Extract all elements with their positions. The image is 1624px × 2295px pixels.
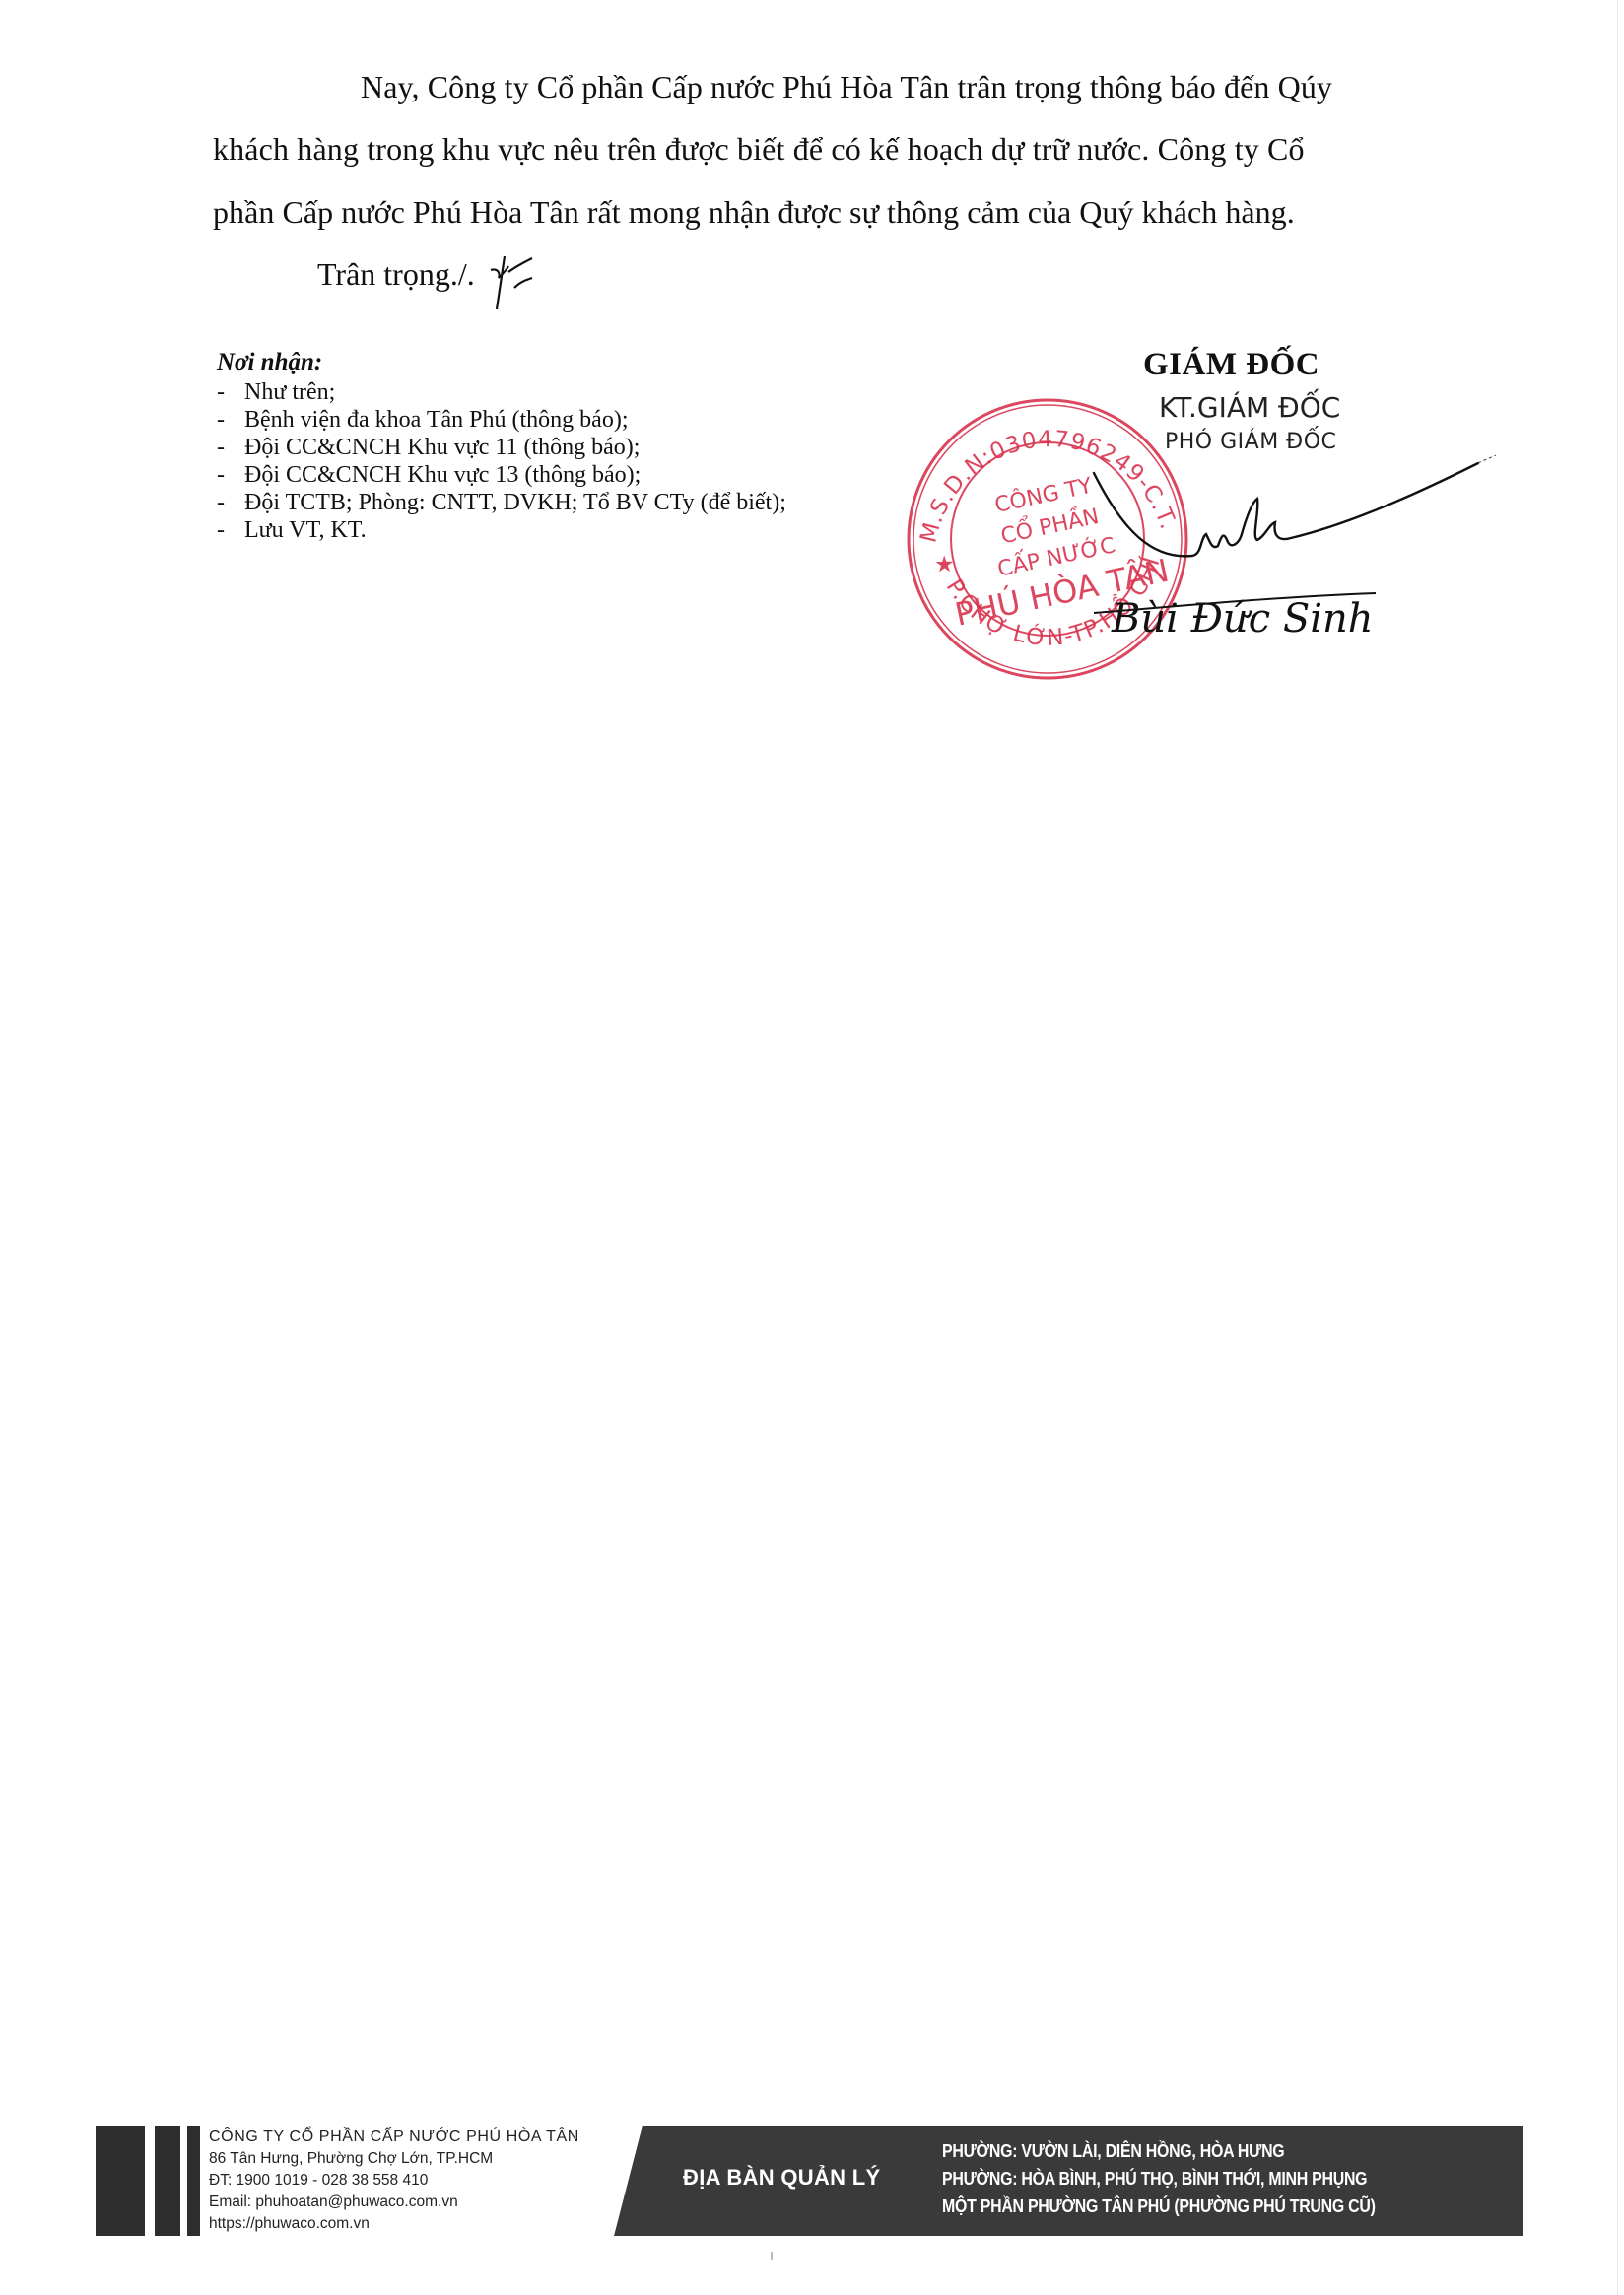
footer-logo-bar <box>187 2126 200 2236</box>
recipient-text: Như trên; <box>244 379 335 405</box>
recipients-title-colon: : <box>314 349 322 375</box>
recipients-title: Nơi nhận: <box>217 349 786 376</box>
recipients-list: -Như trên; -Bệnh viện đa khoa Tân Phú (t… <box>217 378 786 544</box>
scan-artifact <box>771 2252 773 2260</box>
paragraph-line-3: phần Cấp nước Phú Hòa Tân rất mong nhận … <box>213 194 1295 231</box>
initial-mark-icon <box>487 248 538 313</box>
recipient-item: -Đội TCTB; Phòng: CNTT, DVKH; Tổ BV CTy … <box>217 489 786 516</box>
ward-line-1: PHƯỜNG: VƯỜN LÀI, DIÊN HỒNG, HÒA HƯNG <box>942 2137 1376 2165</box>
ward-line-3: MỘT PHẦN PHƯỜNG TÂN PHÚ (PHƯỜNG PHÚ TRUN… <box>942 2193 1376 2220</box>
ward-line-2: PHƯỜNG: HÒA BÌNH, PHÚ THỌ, BÌNH THỚI, MI… <box>942 2165 1376 2193</box>
handwritten-signature-icon <box>1084 443 1498 581</box>
signer-title: GIÁM ĐỐC <box>1143 347 1319 383</box>
footer-phone: ĐT: 1900 1019 - 028 38 558 410 <box>209 2170 579 2192</box>
service-area-band: ĐỊA BÀN QUẢN LÝ PHƯỜNG: VƯỜN LÀI, DIÊN H… <box>614 2126 1523 2236</box>
footer-logo-bar <box>96 2126 145 2236</box>
footer-website: https://phuwaco.com.vn <box>209 2213 579 2235</box>
recipient-text: Đội TCTB; Phòng: CNTT, DVKH; Tổ BV CTy (… <box>244 490 786 515</box>
recipient-text: Đội CC&CNCH Khu vực 11 (thông báo); <box>244 435 640 460</box>
recipient-text: Đội CC&CNCH Khu vực 13 (thông báo); <box>244 462 641 488</box>
footer-address: 86 Tân Hưng, Phường Chợ Lớn, TP.HCM <box>209 2148 579 2170</box>
recipient-text: Lưu VT, KT. <box>244 517 367 543</box>
signer-name: Bùi Đức Sinh <box>1112 596 1374 641</box>
footer-company-name: CÔNG TY CỔ PHẦN CẤP NƯỚC PHÚ HÒA TÂN <box>209 2126 579 2148</box>
recipient-item: -Như trên; <box>217 378 786 406</box>
footer-logo-bar <box>155 2126 180 2236</box>
service-area-label: ĐỊA BÀN QUẢN LÝ <box>683 2165 880 2191</box>
paragraph-line-1: Nay, Công ty Cổ phần Cấp nước Phú Hòa Tâ… <box>361 69 1332 105</box>
recipient-text: Bệnh viện đa khoa Tân Phú (thông báo); <box>244 407 628 433</box>
recipients-block: Nơi nhận: -Như trên; -Bệnh viện đa khoa … <box>217 349 786 544</box>
footer-email: Email: phuhoatan@phuwaco.com.vn <box>209 2192 579 2213</box>
recipient-item: -Bệnh viện đa khoa Tân Phú (thông báo); <box>217 406 786 434</box>
recipients-title-text: Nơi nhận <box>217 349 314 375</box>
footer-company-info: CÔNG TY CỔ PHẦN CẤP NƯỚC PHÚ HÒA TÂN 86 … <box>209 2126 579 2235</box>
recipient-item: -Đội CC&CNCH Khu vực 13 (thông báo); <box>217 461 786 489</box>
page-edge <box>1617 0 1618 2295</box>
closing-text: Trân trọng./. <box>317 256 475 293</box>
recipient-item: -Đội CC&CNCH Khu vực 11 (thông báo); <box>217 434 786 461</box>
document-page: Nay, Công ty Cổ phần Cấp nước Phú Hòa Tâ… <box>0 0 1624 2295</box>
recipient-item: -Lưu VT, KT. <box>217 516 786 544</box>
service-area-wards: PHƯỜNG: VƯỜN LÀI, DIÊN HỒNG, HÒA HƯNG PH… <box>942 2137 1446 2220</box>
paragraph-line-2: khách hàng trong khu vực nêu trên được b… <box>213 131 1305 168</box>
